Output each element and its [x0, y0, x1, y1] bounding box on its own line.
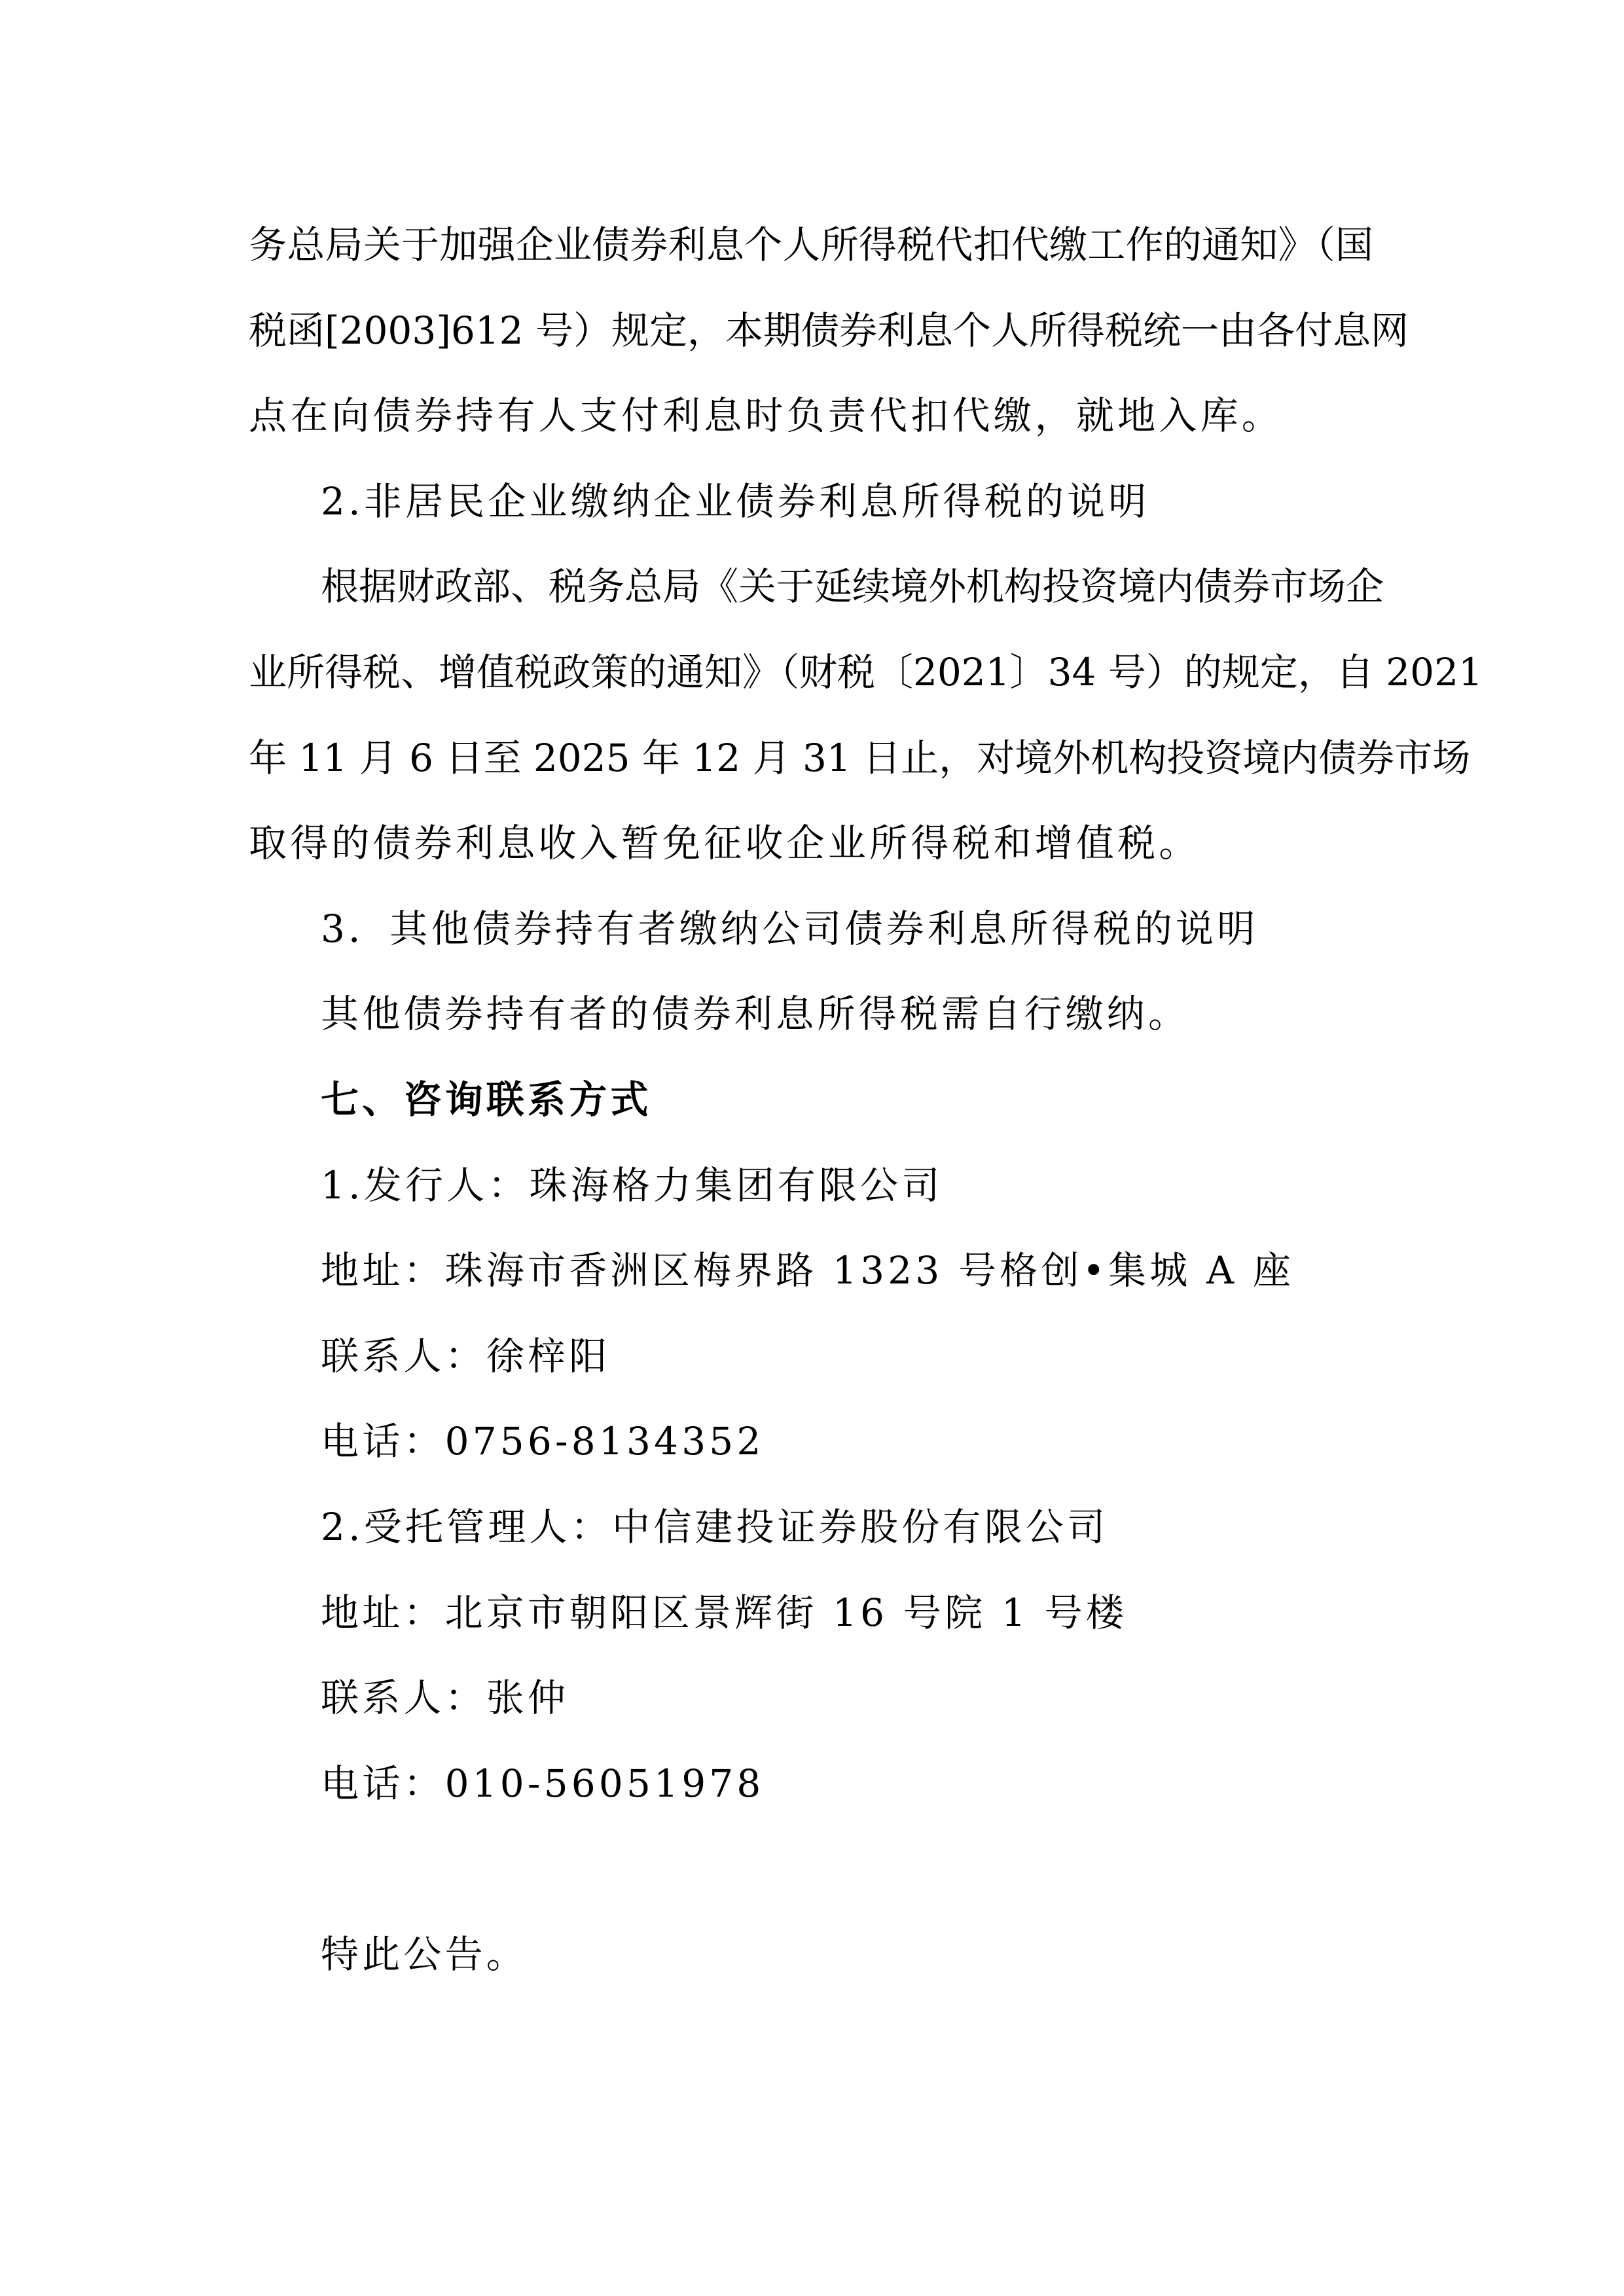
text-line: 业所得税、增值税政策的通知》（财税〔2021〕34 号）的规定，自 2021	[249, 630, 1373, 715]
issuer-contact-block: 1.发行人：珠海格力集团有限公司 地址：珠海市香洲区梅界路 1323 号格创•集…	[249, 1143, 1373, 1484]
issuer-address: 地址：珠海市香洲区梅界路 1323 号格创•集城 A 座	[249, 1228, 1373, 1314]
issuer-title: 1.发行人：珠海格力集团有限公司	[249, 1143, 1373, 1229]
text-line: 税函[2003]612 号）规定，本期债券利息个人所得税统一由各付息网	[249, 288, 1373, 374]
document-page: 务总局关于加强企业债券利息个人所得税代扣代缴工作的通知》（国 税函[2003]6…	[249, 202, 1373, 1997]
blank-line	[249, 1826, 1373, 1912]
text-line: 取得的债券利息收入暂免征收企业所得税和增值税。	[249, 800, 1373, 886]
paragraph-nonresident-tax: 根据财政部、税务总局《关于延续境外机构投资境内债券市场企 业所得税、增值税政策的…	[249, 544, 1373, 886]
trustee-address: 地址：北京市朝阳区景辉街 16 号院 1 号楼	[249, 1570, 1373, 1656]
trustee-title: 2.受托管理人：中信建投证券股份有限公司	[249, 1484, 1373, 1570]
trustee-phone: 电话：010-56051978	[249, 1741, 1373, 1827]
issuer-contact-person: 联系人：徐梓阳	[249, 1314, 1373, 1399]
section7-heading: 七、咨询联系方式	[249, 1057, 1373, 1143]
item3-body: 其他债券持有者的债券利息所得税需自行缴纳。	[249, 971, 1373, 1057]
item3-title: 3．其他债券持有者缴纳公司债券利息所得税的说明	[249, 886, 1373, 972]
text-line: 根据财政部、税务总局《关于延续境外机构投资境内债券市场企	[249, 544, 1373, 630]
text-line: 务总局关于加强企业债券利息个人所得税代扣代缴工作的通知》（国	[249, 202, 1373, 288]
text-line: 点在向债券持有人支付利息时负责代扣代缴，就地入库。	[249, 373, 1373, 459]
paragraph-tax-withholding: 务总局关于加强企业债券利息个人所得税代扣代缴工作的通知》（国 税函[2003]6…	[249, 202, 1373, 459]
text-line: 年 11 月 6 日至 2025 年 12 月 31 日止，对境外机构投资境内债…	[249, 715, 1373, 801]
closing-statement: 特此公告。	[249, 1912, 1373, 1998]
item2-title: 2.非居民企业缴纳企业债券利息所得税的说明	[249, 459, 1373, 545]
trustee-contact-person: 联系人：张仲	[249, 1655, 1373, 1741]
trustee-contact-block: 2.受托管理人：中信建投证券股份有限公司 地址：北京市朝阳区景辉街 16 号院 …	[249, 1484, 1373, 1826]
issuer-phone: 电话：0756-8134352	[249, 1399, 1373, 1484]
